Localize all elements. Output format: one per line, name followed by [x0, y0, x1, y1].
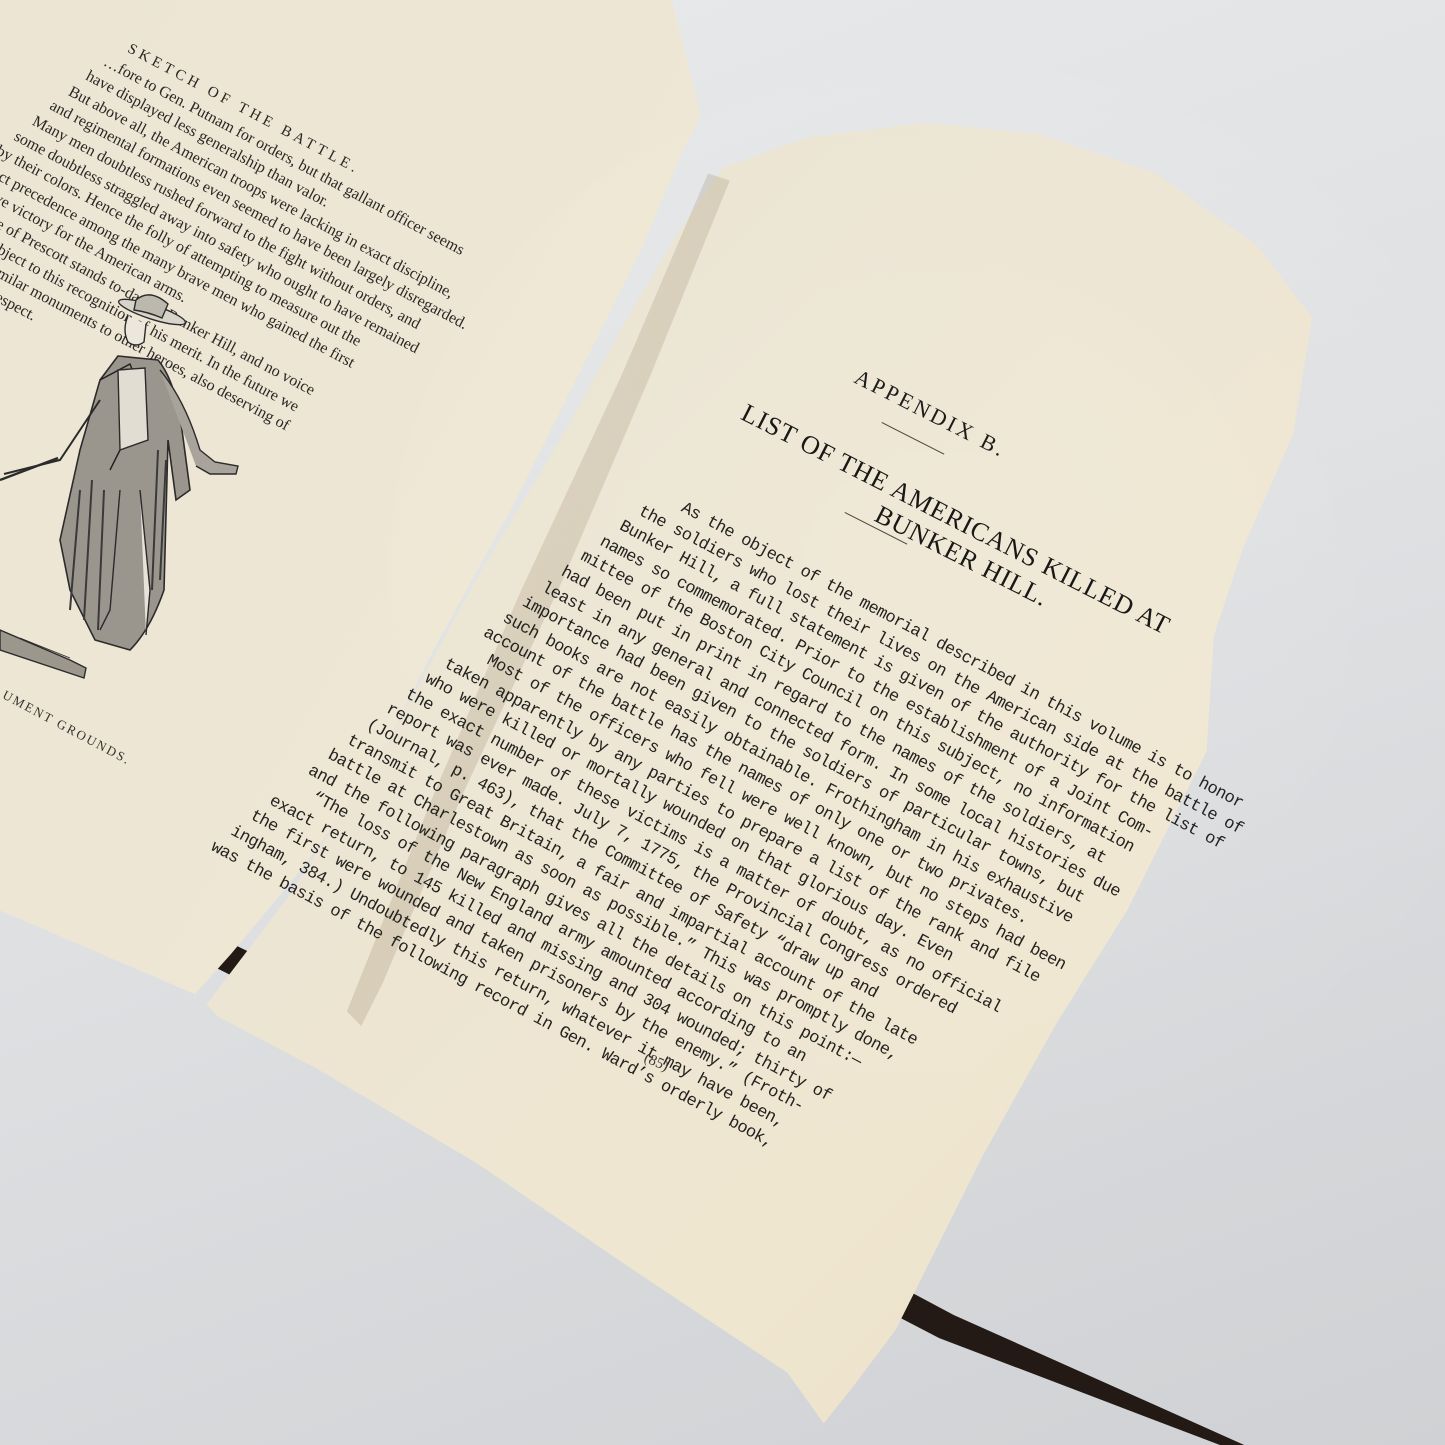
prescott-statue-illustration — [0, 290, 260, 720]
book-photo: SKETCH OF THE BATTLE. …fore to Gen. Putn… — [0, 0, 1445, 1445]
